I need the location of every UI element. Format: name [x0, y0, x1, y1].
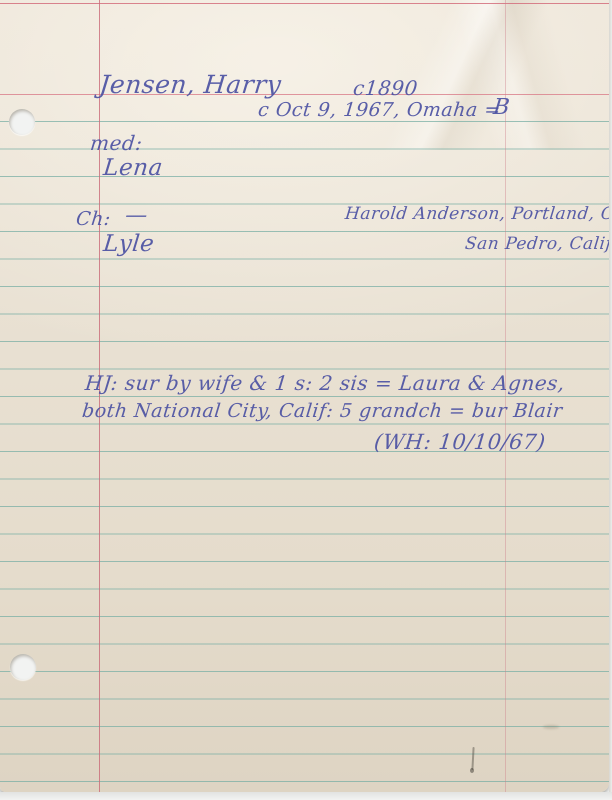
top-red-rule	[0, 3, 609, 4]
handwritten-children-label: Ch:	[75, 208, 112, 230]
hole-punch-top	[9, 109, 35, 135]
scanner-background-strip	[0, 792, 612, 800]
first-red-rule	[0, 94, 609, 95]
handwritten-birth-year: c1890	[352, 76, 419, 100]
left-margin-line	[99, 0, 100, 792]
handwritten-spouse-name: Lena	[102, 155, 164, 181]
handwritten-right-note-1: Harold Anderson, Portland, Ore.	[344, 204, 612, 224]
handwritten-name: Jensen, Harry	[98, 70, 283, 99]
handwritten-survivors-line1: HJ: sur by wife & 1 s: 2 sis = Laura & A…	[84, 371, 566, 395]
handwritten-source-citation: (WH: 10/10/67)	[373, 430, 547, 454]
handwritten-survivors-line2: both National City, Calif: 5 grandch = b…	[81, 400, 564, 422]
notebook-paper: Jensen, Harry c1890 c Oct 9, 1967, Omaha…	[0, 0, 609, 792]
hole-punch-bottom	[10, 654, 36, 680]
handwritten-buried-code: B	[492, 95, 511, 120]
handwritten-right-note-2: San Pedro, Calif	[464, 234, 612, 254]
handwritten-child-name: Lyle	[102, 231, 156, 257]
handwritten-children-dash: —	[124, 203, 149, 228]
paper-smudge	[543, 725, 559, 729]
handwritten-married-label: med:	[89, 131, 144, 155]
handwritten-death-line: c Oct 9, 1967, Omaha =	[257, 99, 502, 121]
pencil-dot	[470, 768, 474, 773]
